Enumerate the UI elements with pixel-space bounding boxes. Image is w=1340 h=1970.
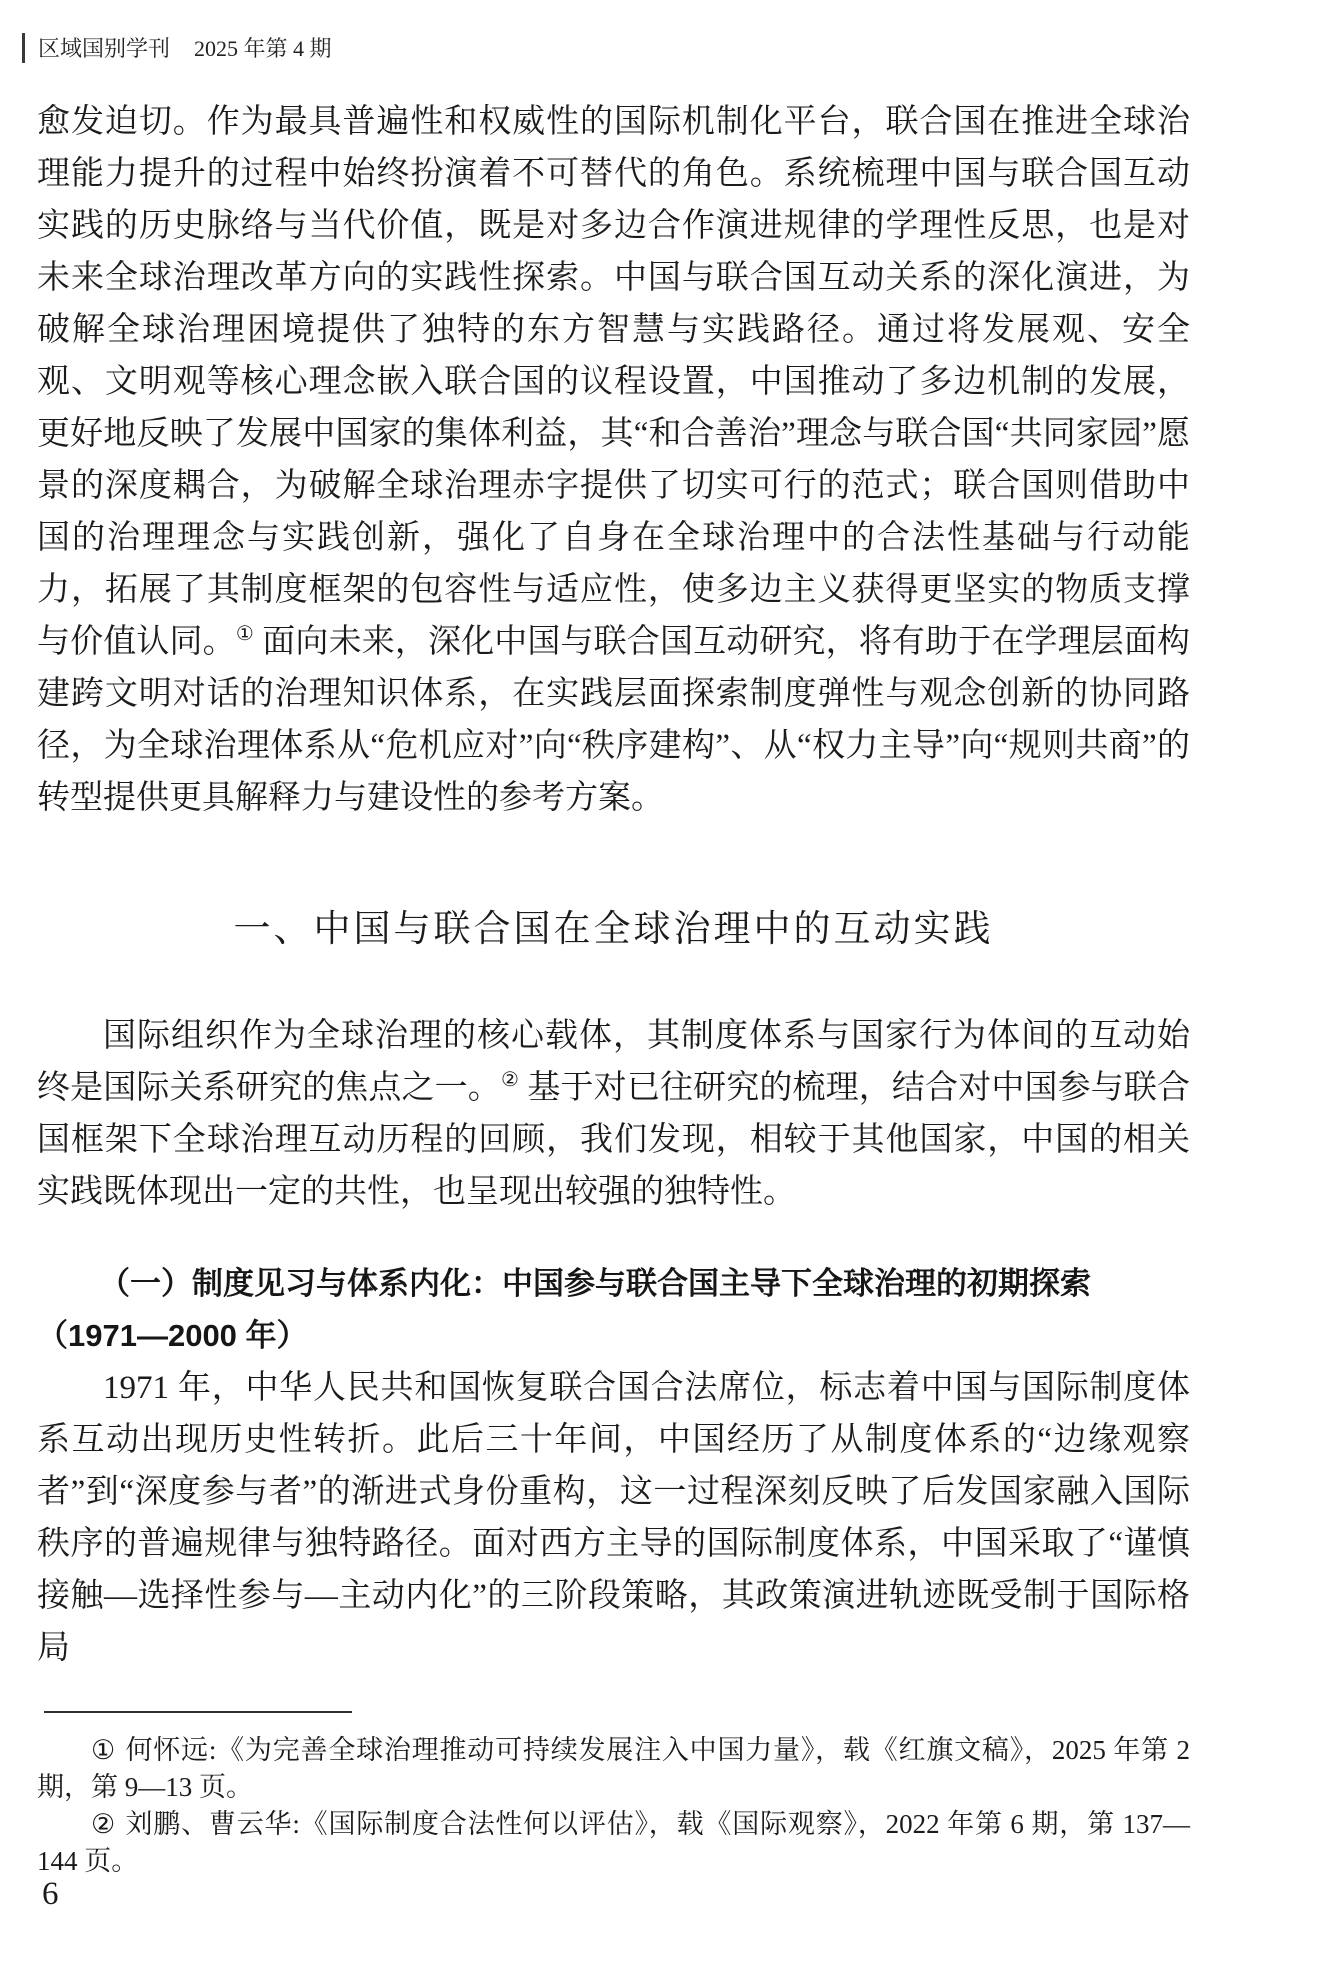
subsection-heading-line2: （1971—2000 年） xyxy=(37,1310,1190,1362)
footnote-1-text: 何怀远:《为完善全球治理推动可持续发展注入中国力量》，载《红旗文稿》，2025 … xyxy=(37,1735,1190,1802)
footnote-ref-1: ① xyxy=(236,623,254,645)
header-rule-icon xyxy=(22,33,25,63)
footnotes-section: ①何怀远:《为完善全球治理推动可持续发展注入中国力量》，载《红旗文稿》，2025… xyxy=(37,1732,1190,1880)
footnote-1: ①何怀远:《为完善全球治理推动可持续发展注入中国力量》，载《红旗文稿》，2025… xyxy=(37,1732,1190,1806)
journal-name: 区域国别学刊 xyxy=(38,32,170,63)
footnote-1-marker: ① xyxy=(91,1735,116,1765)
page-number: 6 xyxy=(42,1876,59,1913)
journal-issue: 2025 年第 4 期 xyxy=(194,32,332,63)
section-heading: 一、中国与联合国在全球治理中的互动实践 xyxy=(37,898,1190,952)
footnote-2: ②刘鹏、曹云华:《国际制度合法性何以评估》，载《国际观察》，2022 年第 6 … xyxy=(37,1806,1190,1880)
subsection-heading-line1: （一）制度见习与体系内化：中国参与联合国主导下全球治理的初期探索 xyxy=(37,1258,1190,1310)
paragraph-intro: 愈发迫切。作为最具普遍性和权威性的国际机制化平台，联合国在推进全球治理能力提升的… xyxy=(37,96,1190,824)
footnote-2-marker: ② xyxy=(91,1809,116,1839)
paragraph-overview: 国际组织作为全球治理的核心载体，其制度体系与国家行为体间的互动始终是国际关系研究… xyxy=(37,1010,1190,1218)
paragraph-history: 1971 年，中华人民共和国恢复联合国合法席位，标志着中国与国际制度体系互动出现… xyxy=(37,1362,1190,1674)
paragraph-intro-text-1: 愈发迫切。作为最具普遍性和权威性的国际机制化平台，联合国在推进全球治理能力提升的… xyxy=(37,104,1190,660)
journal-page: 区域国别学刊 2025 年第 4 期 愈发迫切。作为最具普遍性和权威性的国际机制… xyxy=(0,0,1340,1970)
page-header: 区域国别学刊 2025 年第 4 期 xyxy=(22,32,332,63)
footnote-separator xyxy=(44,1711,352,1713)
footnote-2-text: 刘鹏、曹云华:《国际制度合法性何以评估》，载《国际观察》，2022 年第 6 期… xyxy=(37,1809,1190,1876)
subsection-heading: （一）制度见习与体系内化：中国参与联合国主导下全球治理的初期探索 （1971—2… xyxy=(37,1258,1190,1362)
footnote-ref-2: ② xyxy=(501,1069,519,1091)
